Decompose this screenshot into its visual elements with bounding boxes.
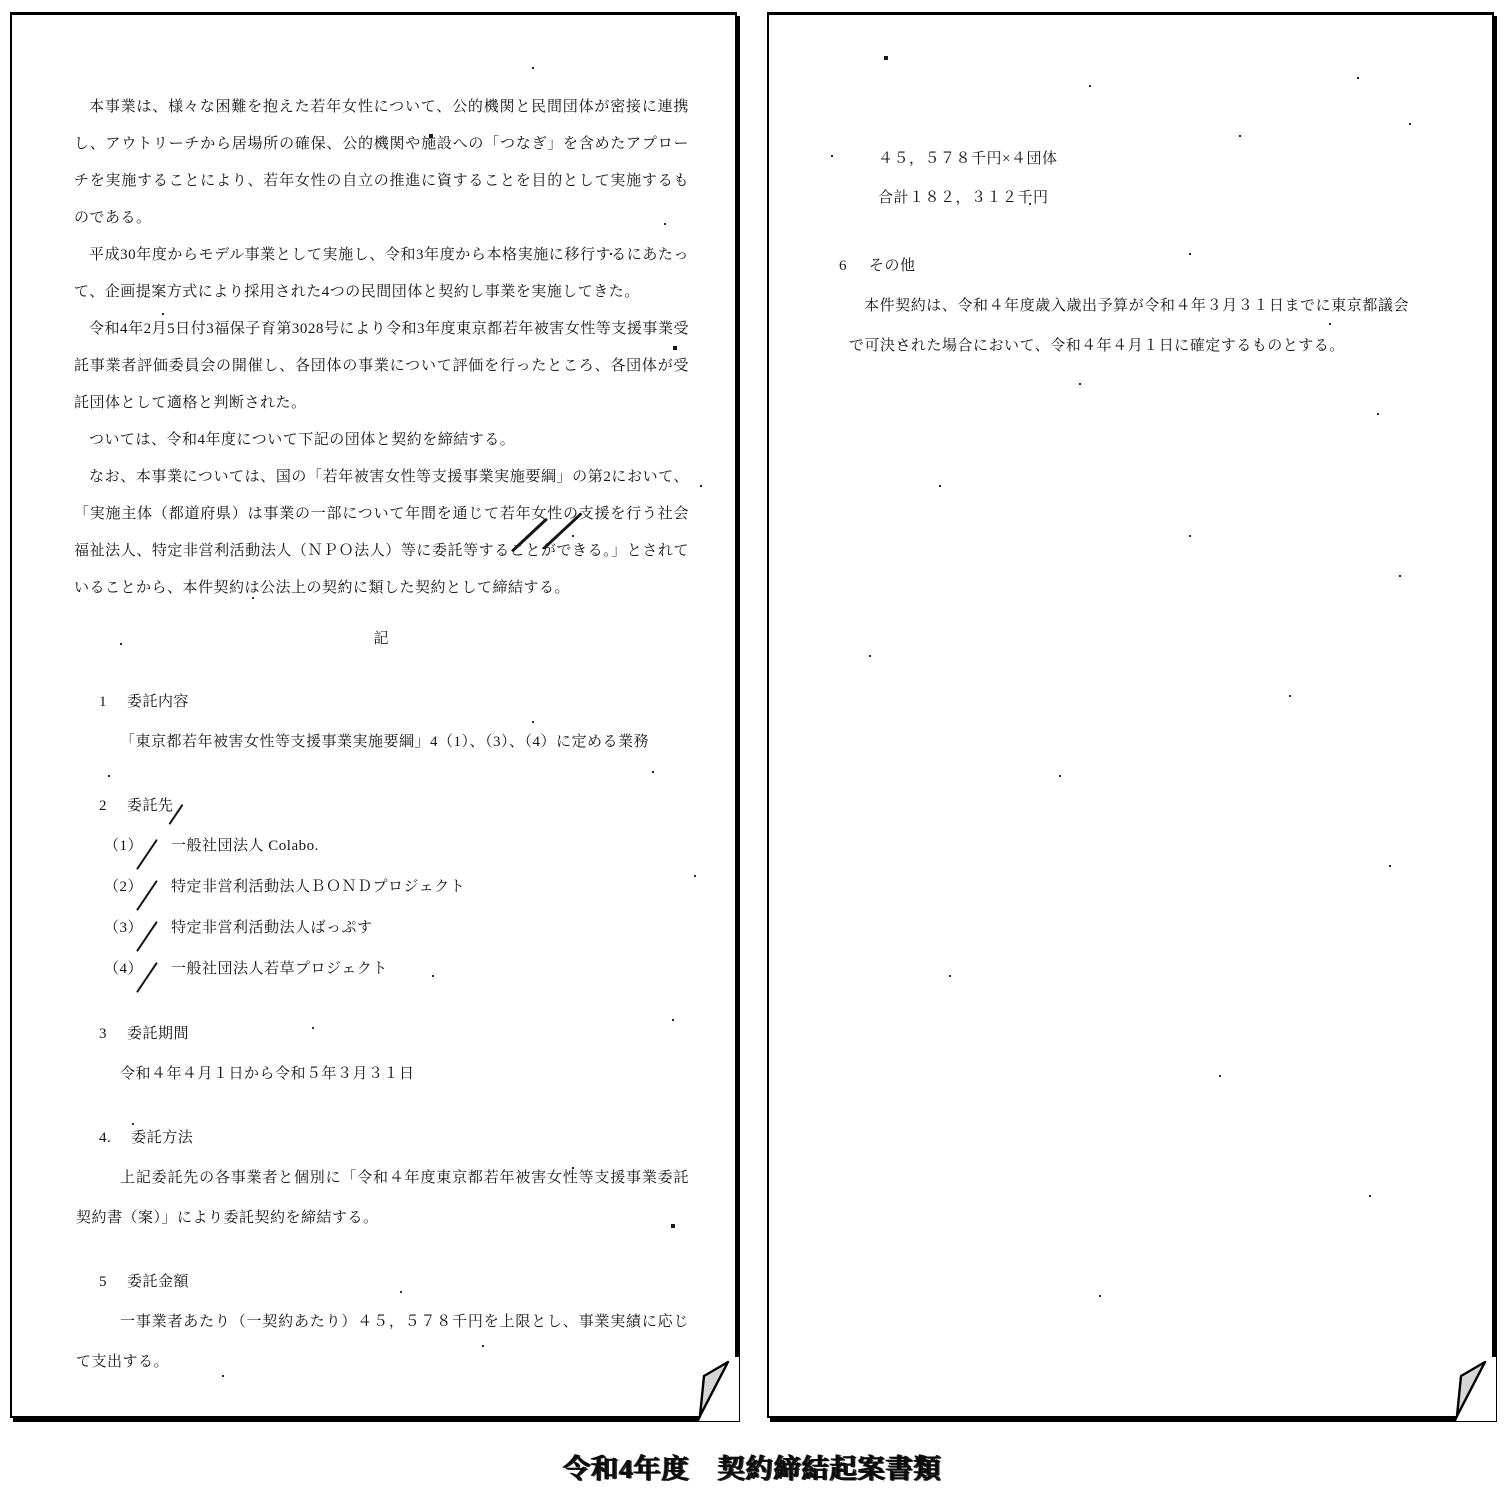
- section-1-entrusted-content: 1委託内容 「東京都若年被害女性等支援事業実施要綱」4（1）、（3）、（4）に定…: [74, 682, 689, 762]
- contractor-name: 特定非営利活動法人ばっぷす: [171, 920, 373, 936]
- section-4-method: 4.委託方法 上記委託先の各事業者と個別に「令和４年度東京都若年被害女性等支援事…: [74, 1118, 689, 1238]
- page-corner-fold: [695, 1357, 739, 1421]
- amount-line: ４５，５７８千円×４団体: [839, 140, 1446, 179]
- contractor-name: 特定非営利活動法人ＢＯＮＤプロジェクト: [171, 879, 465, 895]
- item-number: （2）: [104, 879, 143, 895]
- document-caption: 令和4年度 契約締結起案書類: [0, 1447, 1504, 1486]
- section-number: 3: [99, 1026, 107, 1042]
- section-title: 委託金額: [127, 1274, 189, 1290]
- section-heading: 2委託先: [74, 786, 689, 826]
- contractor-name: 一般社団法人 Colabo.: [171, 838, 319, 854]
- section-heading: 5委託金額: [74, 1262, 689, 1302]
- paragraph: ついては、令和4年度について下記の団体と契約を締結する。: [74, 422, 689, 459]
- page-corner-fold: [1452, 1357, 1496, 1421]
- section-title: 委託方法: [131, 1130, 193, 1146]
- scanned-page-right: ４５，５７８千円×４団体 合計１８２，３１２千円 6その他 本件契約は、令和４年…: [767, 12, 1494, 1418]
- contractor-name: 一般社団法人若草プロジェクト: [171, 961, 388, 977]
- scanned-page-left: 本事業は、様々な困難を抱えた若年女性について、公的機関と民間団体が密接に連携し、…: [10, 12, 737, 1418]
- section-3-period: 3委託期間 令和４年４月１日から令和５年３月３１日: [74, 1014, 689, 1094]
- section-title: その他: [869, 258, 916, 274]
- section-number: 1: [99, 694, 107, 710]
- page-right-content: ４５，５７８千円×４団体 合計１８２，３１２千円 6その他 本件契約は、令和４年…: [769, 15, 1492, 366]
- section-heading: 4.委託方法: [74, 1118, 689, 1158]
- section-body: 「東京都若年被害女性等支援事業実施要綱」4（1）、（3）、（4）に定める業務: [74, 722, 689, 762]
- paragraph: 令和4年2月5日付3福保子育第3028号により令和3年度東京都若年被害女性等支援…: [74, 311, 689, 422]
- section-title: 委託先: [127, 798, 174, 814]
- paragraph: なお、本事業については、国の「若年被害女性等支援事業実施要綱」の第2において、「…: [74, 459, 689, 607]
- section-number: 4.: [99, 1130, 111, 1146]
- contractor-item: （4）一般社団法人若草プロジェクト: [74, 949, 689, 990]
- section-2-contractors: 2委託先 （1）一般社団法人 Colabo. （2）特定非営利活動法人ＢＯＮＤプ…: [74, 786, 689, 990]
- section-6-other: 6その他 本件契約は、令和４年度歳入歳出予算が令和４年３月３１日までに東京都議会…: [839, 246, 1446, 366]
- paragraph: 本事業は、様々な困難を抱えた若年女性について、公的機関と民間団体が密接に連携し、…: [74, 89, 689, 237]
- scan-noise: [12, 15, 14, 17]
- amount-line: 合計１８２，３１２千円: [839, 179, 1446, 218]
- item-number: （3）: [104, 920, 143, 936]
- contractor-item: （1）一般社団法人 Colabo.: [74, 826, 689, 867]
- section-title: 委託内容: [127, 694, 189, 710]
- section-number: 2: [99, 798, 107, 814]
- section-body: 令和４年４月１日から令和５年３月３１日: [74, 1054, 689, 1094]
- section-heading: 6その他: [839, 246, 1446, 286]
- item-number: （1）: [104, 838, 143, 854]
- ki-heading: 記: [74, 621, 689, 658]
- section-heading: 3委託期間: [74, 1014, 689, 1054]
- item-number: （4）: [104, 961, 143, 977]
- section-number: 5: [99, 1274, 107, 1290]
- page-left-content: 本事業は、様々な困難を抱えた若年女性について、公的機関と民間団体が密接に連携し、…: [12, 15, 735, 1382]
- section-heading: 1委託内容: [74, 682, 689, 722]
- scan-noise: [769, 15, 771, 17]
- section-5-amount: 5委託金額 一事業者あたり（一契約あたり）４５，５７８千円を上限とし、事業実績に…: [74, 1262, 689, 1382]
- section-body: 本件契約は、令和４年度歳入歳出予算が令和４年３月３１日までに東京都議会で可決され…: [839, 286, 1409, 366]
- section-body: 上記委託先の各事業者と個別に「令和４年度東京都若年被害女性等支援事業委託契約書（…: [74, 1158, 689, 1238]
- section-title: 委託期間: [127, 1026, 189, 1042]
- paragraph: 平成30年度からモデル事業として実施し、令和3年度から本格実施に移行するにあたっ…: [74, 237, 689, 311]
- section-number: 6: [839, 258, 847, 274]
- contractor-item: （3）特定非営利活動法人ばっぷす: [74, 908, 689, 949]
- contractor-item: （2）特定非営利活動法人ＢＯＮＤプロジェクト: [74, 867, 689, 908]
- section-body: 一事業者あたり（一契約あたり）４５，５７８千円を上限とし、事業実績に応じて支出す…: [74, 1302, 689, 1382]
